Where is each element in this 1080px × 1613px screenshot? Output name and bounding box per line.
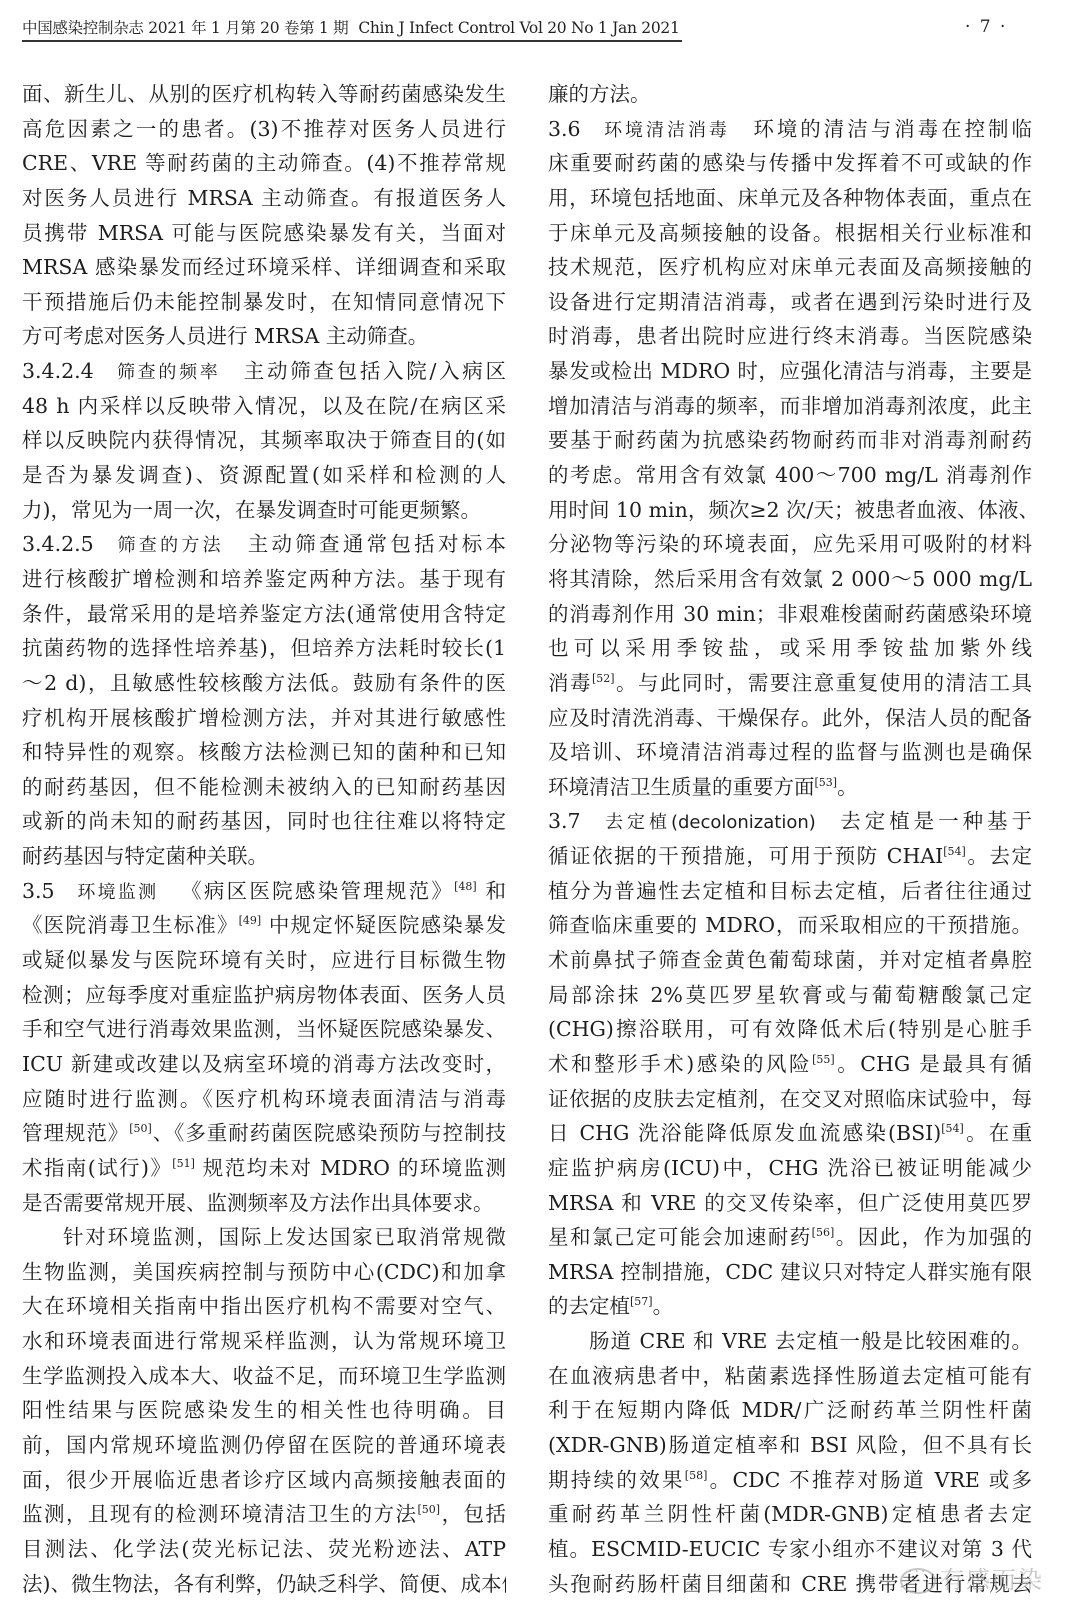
citation-ref: [58] [685,1469,708,1482]
line-text: 和特异性的观察。核酸方法检测已知的菌种和已知 [22,740,506,764]
line-text: 应及时清洗消毒、干燥保存。此外，保洁人员的配备 [548,706,1032,730]
section-heading-line: 3.4.2.4 筛查的频率 主动筛查包括入院/入病区 [22,354,506,389]
section-heading-line: 3.5 环境监测 《病区医院感染管理规范》[48] 和 [22,874,506,909]
section-title: 环境监测 [75,882,158,903]
line-text: 植。ESCMID-EUCIC 专家小组亦不建议对第 3 代 [548,1537,1032,1561]
citation-ref: [54] [941,1122,964,1135]
line-text: 证依据的皮肤去定植剂，在交叉对照临床试验中，每 [548,1087,1032,1111]
line-text: 主动筛查包括入院/入病区 [241,359,506,383]
citation-ref: [50] [129,1122,152,1135]
text-line: 的考虑。常用含有效氯 400～700 mg/L 消毒剂作 [548,458,1032,493]
line-text: 手和空气进行消毒效果监测，当怀疑医院感染暴发、 [22,1017,506,1041]
line-text-after-ref: 中规定怀疑医院感染暴发 [261,913,506,937]
line-text: 也可以采用季铵盐，或采用季铵盐加紫外线 [548,636,1032,660]
text-line: 目测法、化学法(荧光标记法、荧光粉迹法、ATP [22,1532,506,1567]
line-text: 或新的尚未知的耐药基因，同时也往往难以将特定 [22,809,506,833]
text-line: 植分为普遍性去定植和目标去定植，后者往往通过 [548,874,1032,909]
line-text: 生学监测投入成本大、收益不足，而环境卫生学监测 [22,1364,506,1388]
watermark: 有感而染 [900,1560,1044,1595]
line-text: 主动筛查通常包括对标本 [244,532,506,556]
line-text: 是否为暴发调查)、资源配置(如采样和检测的人 [22,463,506,487]
line-text: 应随时进行监测。《医疗机构环境表面清洁与消毒 [22,1087,506,1111]
line-text: 利于在短期内降低 MDR/广泛耐药革兰阴性杆菌 [548,1398,1032,1422]
line-text: 大在环境相关指南中指出医疗机构不需要对空气、 [22,1294,506,1318]
line-text: 干预措施后仍未能控制暴发时，在知情同意情况下 [22,290,506,314]
line-text: 术和整形手术)感染的风险 [548,1052,812,1076]
section-number: 3.5 [22,879,55,903]
text-line: 日 CHG 洗浴能降低原发血流感染(BSI)[54]。在重 [548,1116,1032,1151]
line-text: 面，很少开展临近患者诊疗区域内高频接触表面的 [22,1468,506,1492]
text-line: 技术规范，医疗机构应对床单元表面及高频接触的 [548,250,1032,285]
citation-ref: [48] [454,880,477,893]
text-line: 方可考虑对医务人员进行 MRSA 主动筛查。 [22,319,506,354]
text-line: 床重要耐药菌的感染与传播中发挥着不可或缺的作 [548,146,1032,181]
text-line: 消毒[52]。与此同时，需要注意重复使用的清洁工具 [548,666,1032,701]
text-line: ICU 新建或改建以及病室环境的消毒方法改变时， [22,1047,506,1082]
text-line: 循证依据的干预措施，可用于预防 CHAI[54]。去定 [548,839,1032,874]
line-text: 去定植是一种基于 [836,809,1032,833]
line-text: 及培训、环境清洁消毒过程的监督与监测也是确保 [548,740,1032,764]
text-line: 大在环境相关指南中指出医疗机构不需要对空气、 [22,1289,506,1324]
line-text: 对医务人员进行 MRSA 主动筛查。有报道医务人 [22,186,506,210]
line-text: 耐药基因与特定菌种关联。 [22,844,268,868]
line-text-after-ref: ，包括 [440,1502,506,1526]
section-title: 去定植(decolonization) [601,812,816,833]
line-text: 日 CHG 洗浴能降低原发血流感染(BSI) [548,1121,941,1145]
text-line: ～2 d)，且敏感性较核酸方法低。鼓励有条件的医 [22,666,506,701]
line-text: 高危因素之一的患者。(3)不推荐对医务人员进行 [22,117,506,141]
line-text: 或疑似暴发与医院环境有关时，应进行目标微生物 [22,948,506,972]
line-text-after-ref: 和 [477,879,506,903]
line-text: 筛查临床重要的 MDRO，而采取相应的干预措施。 [548,913,1032,937]
line-text-after-ref: 。CHG 是最具有循 [835,1052,1032,1076]
line-text: 方可考虑对医务人员进行 MRSA 主动筛查。 [22,324,428,348]
citation-ref: [56] [812,1226,835,1239]
line-text: 生物监测，美国疾病控制与预防中心(CDC)和加拿 [22,1260,506,1284]
text-line: 环境清洁卫生质量的重要方面[53]。 [548,770,1032,805]
section-heading-line: 3.7 去定植(decolonization) 去定植是一种基于 [548,804,1032,839]
section-number: 3.4.2.4 [22,359,94,383]
line-text: 时消毒，患者出院时应进行终末消毒。当医院感染 [548,324,1032,348]
text-line: 设备进行定期清洁消毒，或者在遇到污染时进行及 [548,285,1032,320]
line-text: 于床单元及高频接触的设备。根据相关行业标准和 [548,221,1032,245]
text-line: MRSA 和 VRE 的交叉传染率，但广泛使用莫匹罗 [548,1186,1032,1221]
citation-ref: [53] [815,776,838,789]
text-line: 症监护病房(ICU)中，CHG 洗浴已被证明能减少 [548,1151,1032,1186]
line-text: 目测法、化学法(荧光标记法、荧光粉迹法、ATP [22,1537,506,1561]
text-line: 针对环境监测，国际上发达国家已取消常规微 [22,1220,506,1255]
line-text: 要基于耐药菌为抗感染药物耐药而非对消毒剂耐药 [548,428,1032,452]
line-text-after-ref: 、《多重耐药菌医院感染预防与控制技 [152,1121,506,1145]
text-line: 证依据的皮肤去定植剂，在交叉对照临床试验中，每 [548,1082,1032,1117]
text-line: 时消毒，患者出院时应进行终末消毒。当医院感染 [548,319,1032,354]
line-text: 暴发或检出 MDRO 时，应强化清洁与消毒，主要是 [548,359,1032,383]
citation-ref: [50] [418,1503,441,1516]
text-line: 生物监测，美国疾病控制与预防中心(CDC)和加拿 [22,1255,506,1290]
line-text: 的消毒剂作用 30 min；非艰难梭菌耐药菌感染环境 [548,602,1032,626]
text-line: 48 h 内采样以反映带入情况，以及在院/在病区采 [22,389,506,424]
text-line: 重耐药革兰阴性杆菌(MDR-GNB)定植患者去定 [548,1497,1032,1532]
line-text: 设备进行定期清洁消毒，或者在遇到污染时进行及 [548,290,1032,314]
text-line: 局部涂抹 2%莫匹罗星软膏或与葡萄糖酸氯己定 [548,978,1032,1013]
text-line: 样以反映院内获得情况，其频率取决于筛查目的(如 [22,423,506,458]
text-line: 要基于耐药菌为抗感染药物耐药而非对消毒剂耐药 [548,423,1032,458]
text-line: 前，国内常规环境监测仍停留在医院的普通环境表 [22,1428,506,1463]
line-text: 肠道 CRE 和 VRE 去定植一般是比较困难的。 [589,1329,1032,1353]
text-line: MRSA 控制措施，CDC 建议只对特定人群实施有限 [548,1255,1032,1290]
citation-ref: [55] [812,1053,835,1066]
line-text-after-ref: 规范均未对 MDRO 的环境监测 [195,1156,506,1180]
line-text: 力)，常见为一周一次，在暴发调查时可能更频繁。 [22,498,481,522]
line-text: 消毒 [548,671,592,695]
text-line: 条件，最常采用的是培养鉴定方法(通常使用含特定 [22,597,506,632]
text-line: 进行核酸扩增检测和培养鉴定两种方法。基于现有 [22,562,506,597]
text-line: 阳性结果与医院感染发生的相关性也待明确。目 [22,1393,506,1428]
line-text: 在血液病患者中，粘菌素选择性肠道去定植可能有 [548,1364,1032,1388]
text-line: 的去定植[57]。 [548,1289,1032,1324]
line-text: 植分为普遍性去定植和目标去定植，后者往往通过 [548,879,1032,903]
text-line: 于床单元及高频接触的设备。根据相关行业标准和 [548,216,1032,251]
citation-ref: [52] [592,672,615,685]
text-line: 监测，且现有的检测环境清洁卫生的方法[50]，包括 [22,1497,506,1532]
line-text: 环境清洁卫生质量的重要方面 [548,775,815,799]
line-text: 面、新生儿、从别的医疗机构转入等耐药菌感染发生 [22,82,506,106]
text-line: 期持续的效果[58]。CDC 不推荐对肠道 VRE 或多 [548,1463,1032,1498]
line-text-after-ref: 。与此同时，需要注意重复使用的清洁工具 [615,671,1032,695]
line-text: 《病区医院感染管理规范》 [179,879,454,903]
line-text: (XDR-GNB)肠道定植率和 BSI 风险，但不具有长 [548,1433,1032,1457]
text-line: 是否需要常规开展、监测频率及方法作出具体要求。 [22,1186,506,1221]
citation-ref: [57] [630,1295,653,1308]
text-line: CRE、VRE 等耐药菌的主动筛查。(4)不推荐常规 [22,146,506,181]
line-text: CRE、VRE 等耐药菌的主动筛查。(4)不推荐常规 [22,151,506,175]
citation-ref: [49] [239,914,262,927]
line-text: (CHG)擦浴联用，可有效降低术后(特别是心脏手 [548,1017,1032,1041]
line-text: 的去定植 [548,1294,630,1318]
text-line: 将其清除，然后采用含有效氯 2 000～5 000 mg/L [548,562,1032,597]
line-text: 水和环境表面进行常规采样监测，认为常规环境卫 [22,1329,506,1353]
text-line: 面，很少开展临近患者诊疗区域内高频接触表面的 [22,1463,506,1498]
text-line: 增加清洁与消毒的频率，而非增加消毒剂浓度，此主 [548,389,1032,424]
section-title: 环境清洁消毒 [601,120,730,141]
section-number: 3.7 [548,809,581,833]
citation-ref: [51] [172,1157,195,1170]
text-line: MRSA 感染暴发而经过环境采样、详细调查和采取 [22,250,506,285]
line-text: 针对环境监测，国际上发达国家已取消常规微 [63,1225,506,1249]
line-text: 员携带 MRSA 可能与医院感染暴发有关，当面对 [22,221,506,245]
text-line: 面、新生儿、从别的医疗机构转入等耐药菌感染发生 [22,77,506,112]
text-line: 及培训、环境清洁消毒过程的监督与监测也是确保 [548,735,1032,770]
section-number: 3.6 [548,117,581,141]
line-text: 阳性结果与医院感染发生的相关性也待明确。目 [22,1398,506,1422]
line-text-after-ref: 。 [837,775,858,799]
section-heading-line: 3.6 环境清洁消毒 环境的清洁与消毒在控制临 [548,112,1032,147]
text-line: 应及时清洗消毒、干燥保存。此外，保洁人员的配备 [548,701,1032,736]
text-line: 肠道 CRE 和 VRE 去定植一般是比较困难的。 [548,1324,1032,1359]
line-text: 循证依据的干预措施，可用于预防 CHAI [548,844,943,868]
text-line: 水和环境表面进行常规采样监测，认为常规环境卫 [22,1324,506,1359]
text-line: 在血液病患者中，粘菌素选择性肠道去定植可能有 [548,1359,1032,1394]
text-line: 生学监测投入成本大、收益不足，而环境卫生学监测 [22,1359,506,1394]
text-line: 对医务人员进行 MRSA 主动筛查。有报道医务人 [22,181,506,216]
line-text: 技术规范，医疗机构应对床单元表面及高频接触的 [548,255,1032,279]
text-line: 耐药基因与特定菌种关联。 [22,839,506,874]
line-text: 星和氯己定可能会加速耐药 [548,1225,812,1249]
text-line: 力)，常见为一周一次，在暴发调查时可能更频繁。 [22,493,506,528]
line-text: 法)、微生物法，各有利弊，仍缺乏科学、简便、成本低 [22,1572,506,1596]
line-text-after-ref: 。 [653,1294,674,1318]
text-line: 疗机构开展核酸扩增检测方法，并对其进行敏感性 [22,701,506,736]
text-line: 的消毒剂作用 30 min；非艰难梭菌耐药菌感染环境 [548,597,1032,632]
line-text: 术前鼻拭子筛查金黄色葡萄球菌，并对定植者鼻腔 [548,948,1032,972]
text-line: 干预措施后仍未能控制暴发时，在知情同意情况下 [22,285,506,320]
line-text: 条件，最常采用的是培养鉴定方法(通常使用含特定 [22,602,506,626]
right-column: 廉的方法。3.6 环境清洁消毒 环境的清洁与消毒在控制临床重要耐药菌的感染与传播… [548,77,1032,1601]
text-line: 的耐药基因，但不能检测未被纳入的已知耐药基因 [22,770,506,805]
text-line: 高危因素之一的患者。(3)不推荐对医务人员进行 [22,112,506,147]
text-line: 术指南(试行)》[51] 规范均未对 MDRO 的环境监测 [22,1151,506,1186]
line-text: 抗菌药物的选择性培养基)，但培养方法耗时较长(1 [22,636,506,660]
line-text: 重耐药革兰阴性杆菌(MDR-GNB)定植患者去定 [548,1502,1032,1526]
line-text: 环境的清洁与消毒在控制临 [750,117,1032,141]
line-text: 术指南(试行)》 [22,1156,172,1180]
line-text: 疗机构开展核酸扩增检测方法，并对其进行敏感性 [22,706,506,730]
line-text: MRSA 感染暴发而经过环境采样、详细调查和采取 [22,255,506,279]
line-text: 局部涂抹 2%莫匹罗星软膏或与葡萄糖酸氯己定 [548,983,1032,1007]
text-line: (CHG)擦浴联用，可有效降低术后(特别是心脏手 [548,1012,1032,1047]
text-line: 术前鼻拭子筛查金黄色葡萄球菌，并对定植者鼻腔 [548,943,1032,978]
line-text: MRSA 控制措施，CDC 建议只对特定人群实施有限 [548,1260,1032,1284]
line-text: 管理规范》 [22,1121,129,1145]
watermark-text: 有感而染 [940,1566,1044,1594]
line-text: 分泌物等污染的环境表面，应先采用可吸附的材料 [548,532,1032,556]
wechat-icon [900,1568,936,1594]
text-line: 法)、微生物法，各有利弊，仍缺乏科学、简便、成本低 [22,1567,506,1602]
text-line: 检测；应每季度对重症监护病房物体表面、医务人员 [22,978,506,1013]
text-line: 《医院消毒卫生标准》[49] 中规定怀疑医院感染暴发 [22,908,506,943]
line-text: 用时间 10 min，频次≥2 次/天；被患者血液、体液、 [548,498,1032,522]
line-text: 样以反映院内获得情况，其频率取决于筛查目的(如 [22,428,506,452]
line-text: 症监护病房(ICU)中，CHG 洗浴已被证明能减少 [548,1156,1032,1180]
section-title: 筛查的频率 [114,362,220,383]
text-line: 手和空气进行消毒效果监测，当怀疑医院感染暴发、 [22,1012,506,1047]
line-text: 增加清洁与消毒的频率，而非增加消毒剂浓度，此主 [548,394,1032,418]
text-line: 应随时进行监测。《医疗机构环境表面清洁与消毒 [22,1082,506,1117]
text-line: 用时间 10 min，频次≥2 次/天；被患者血液、体液、 [548,493,1032,528]
text-line: 分泌物等污染的环境表面，应先采用可吸附的材料 [548,527,1032,562]
text-line: 术和整形手术)感染的风险[55]。CHG 是最具有循 [548,1047,1032,1082]
text-line: 用，环境包括地面、床单元及各种物体表面，重点在 [548,181,1032,216]
text-line: 是否为暴发调查)、资源配置(如采样和检测的人 [22,458,506,493]
line-text-after-ref: 。去定 [966,844,1032,868]
text-line: 廉的方法。 [548,77,1032,112]
running-header: 中国感染控制杂志 2021 年 1 月第 20 卷第 1 期Chin J Inf… [22,18,682,42]
text-line: 星和氯己定可能会加速耐药[56]。因此，作为加强的 [548,1220,1032,1255]
text-line: 也可以采用季铵盐，或采用季铵盐加紫外线 [548,631,1032,666]
line-text: 期持续的效果 [548,1468,685,1492]
line-text-after-ref: 。CDC 不推荐对肠道 VRE 或多 [707,1468,1032,1492]
line-text: 的耐药基因，但不能检测未被纳入的已知耐药基因 [22,775,506,799]
section-number: 3.4.2.5 [22,532,94,556]
citation-ref: [54] [943,845,966,858]
line-text: 48 h 内采样以反映带入情况，以及在院/在病区采 [22,394,506,418]
left-column: 面、新生儿、从别的医疗机构转入等耐药菌感染发生高危因素之一的患者。(3)不推荐对… [22,77,506,1601]
journal-name-en: Chin J Infect Control Vol 20 No 1 Jan 20… [358,19,679,37]
line-text: 廉的方法。 [548,82,651,106]
text-line: 和特异性的观察。核酸方法检测已知的菌种和已知 [22,735,506,770]
section-title: 筛查的方法 [114,535,224,556]
text-line: 或新的尚未知的耐药基因，同时也往往难以将特定 [22,804,506,839]
line-text: 将其清除，然后采用含有效氯 2 000～5 000 mg/L [548,567,1032,591]
text-line: 筛查临床重要的 MDRO，而采取相应的干预措施。 [548,908,1032,943]
line-text: ～2 d)，且敏感性较核酸方法低。鼓励有条件的医 [22,671,506,695]
line-text: 用，环境包括地面、床单元及各种物体表面，重点在 [548,186,1032,210]
text-line: 利于在短期内降低 MDR/广泛耐药革兰阴性杆菌 [548,1393,1032,1428]
text-line: 管理规范》[50]、《多重耐药菌医院感染预防与控制技 [22,1116,506,1151]
line-text: 检测；应每季度对重症监护病房物体表面、医务人员 [22,983,506,1007]
line-text: 是否需要常规开展、监测频率及方法作出具体要求。 [22,1191,494,1215]
line-text-after-ref: 。因此，作为加强的 [834,1225,1032,1249]
text-line: 或疑似暴发与医院环境有关时，应进行目标微生物 [22,943,506,978]
section-heading-line: 3.4.2.5 筛查的方法 主动筛查通常包括对标本 [22,527,506,562]
line-text: 前，国内常规环境监测仍停留在医院的普通环境表 [22,1433,506,1457]
line-text: 《医院消毒卫生标准》 [22,913,239,937]
line-text: MRSA 和 VRE 的交叉传染率，但广泛使用莫匹罗 [548,1191,1032,1215]
text-line: (XDR-GNB)肠道定植率和 BSI 风险，但不具有长 [548,1428,1032,1463]
line-text: 床重要耐药菌的感染与传播中发挥着不可或缺的作 [548,151,1032,175]
journal-name-cn: 中国感染控制杂志 2021 年 1 月第 20 卷第 1 期 [22,19,348,37]
line-text: 监测，且现有的检测环境清洁卫生的方法 [22,1502,418,1526]
text-line: 暴发或检出 MDRO 时，应强化清洁与消毒，主要是 [548,354,1032,389]
text-line: 抗菌药物的选择性培养基)，但培养方法耗时较长(1 [22,631,506,666]
line-text-after-ref: 。在重 [964,1121,1032,1145]
line-text: 进行核酸扩增检测和培养鉴定两种方法。基于现有 [22,567,506,591]
page-number: · 7 · [965,17,1007,37]
line-text: 的考虑。常用含有效氯 400～700 mg/L 消毒剂作 [548,463,1032,487]
text-line: 员携带 MRSA 可能与医院感染暴发有关，当面对 [22,216,506,251]
line-text: ICU 新建或改建以及病室环境的消毒方法改变时， [22,1052,506,1076]
